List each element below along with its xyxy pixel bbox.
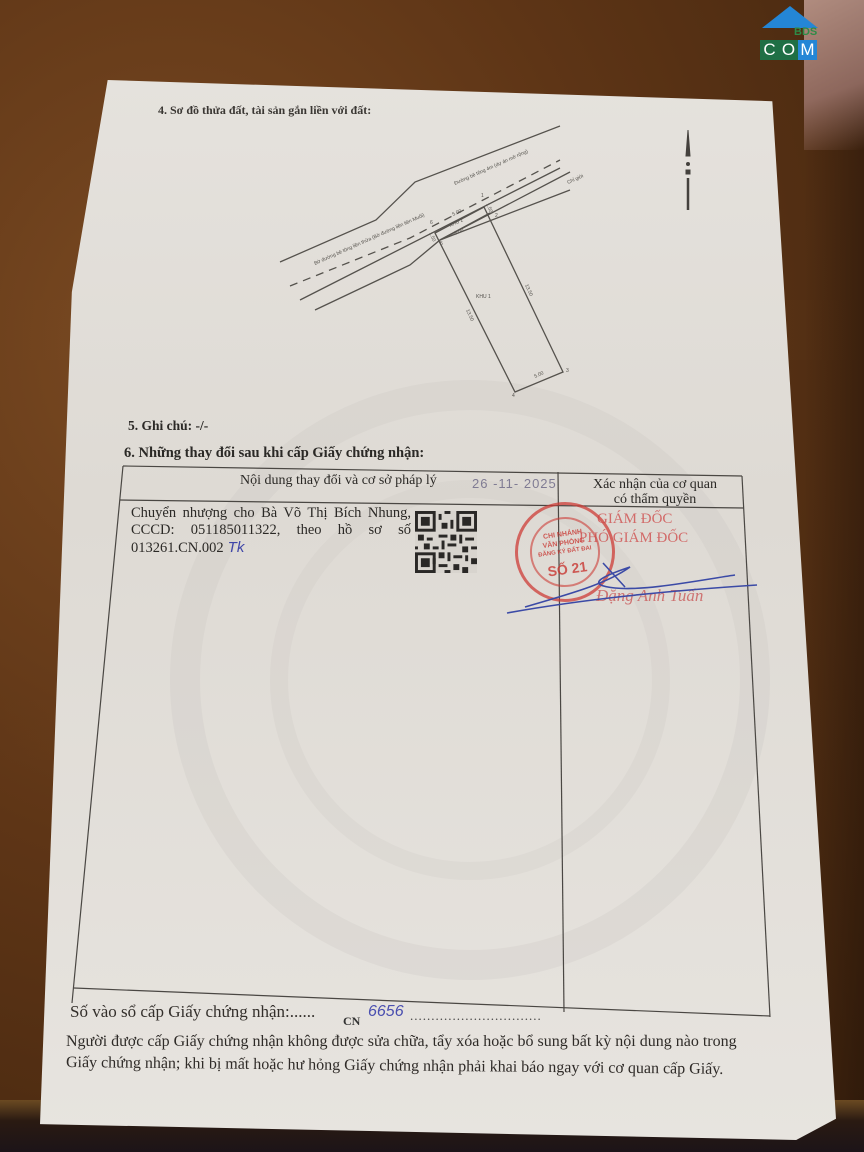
registry-prefix: CN [343, 1014, 360, 1029]
qr-code-icon[interactable] [414, 511, 478, 573]
table-header-authority: Xác nhận của cơ quan có thẩm quyền [585, 477, 725, 507]
handwritten-initials: Tk [228, 539, 245, 556]
vertex-1: 1 [481, 193, 484, 199]
date-stamp: 26 -11- 2025 [472, 476, 557, 491]
logo-com-text: C O M [760, 40, 817, 60]
house-roof-icon [762, 6, 818, 28]
vertex-4: 4 [512, 393, 515, 399]
dim-right-edge: 13.50 [523, 283, 534, 297]
content-line-1: Chuyển nhượng cho Bà Võ Thị Bích Nhung, [131, 505, 411, 522]
vertex-5: 5 [440, 241, 443, 247]
registry-dots: ............................... [410, 1008, 542, 1024]
content-line-3: 013261.CN.002Tk [131, 539, 411, 557]
dim-bottom-edge: 5.00 [533, 370, 545, 380]
footer-notice-line-1: Người được cấp Giấy chứng nhận không đượ… [66, 1033, 737, 1051]
section-5-note: 5. Ghi chú: -/- [128, 418, 208, 434]
land-plot-diagram: Bờ đường bê tông liền thửa (Bờ đường liề… [270, 120, 710, 400]
dim-top-edge: 5.00 [451, 208, 463, 218]
road-label-left: Bờ đường bê tông liền thửa (Bờ đường liề… [313, 211, 426, 266]
registry-label: Số vào sổ cấp Giấy chứng nhận:...... [70, 1002, 315, 1022]
road-label-top: Đường bê tông 4m (dự án mở rộng) [453, 148, 529, 187]
logo-letter-c: C [760, 40, 779, 60]
signer-title-deputy: PHÓ GIÁM ĐỐC [579, 530, 688, 547]
dossier-number: 013261.CN.002 [131, 540, 224, 556]
parcel-label-khu1: KHU 1 [476, 294, 491, 300]
table-header-content: Nội dung thay đổi và cơ sở pháp lý [240, 473, 437, 489]
content-line-2: CCCD: 051185011322, theo hồ sơ số [131, 522, 411, 539]
dim-left-edge: 13.50 [464, 308, 475, 322]
north-arrow-icon [686, 130, 690, 210]
logo-letter-m: M [798, 40, 817, 60]
section-4-title: 4. Sơ đồ thửa đất, tài sản gắn liền với … [158, 103, 371, 118]
bds-watermark-logo: BDS C O M [758, 4, 820, 62]
dim-khu2-width: 5.00 [453, 227, 465, 237]
vertex-2: 2 [495, 213, 498, 219]
logo-letter-o: O [779, 40, 798, 60]
vertex-3: 3 [566, 368, 569, 374]
logo-bds-text: BDS [794, 26, 817, 38]
table-row: Chuyển nhượng cho Bà Võ Thị Bích Nhung, … [131, 505, 411, 557]
signer-title-director: GIÁM ĐỐC [597, 511, 672, 528]
road-label-right: Chỉ giới [566, 172, 585, 185]
signature-scribble [505, 555, 765, 620]
vertex-6: 6 [430, 220, 433, 226]
registry-number: 6656 [368, 1003, 404, 1021]
